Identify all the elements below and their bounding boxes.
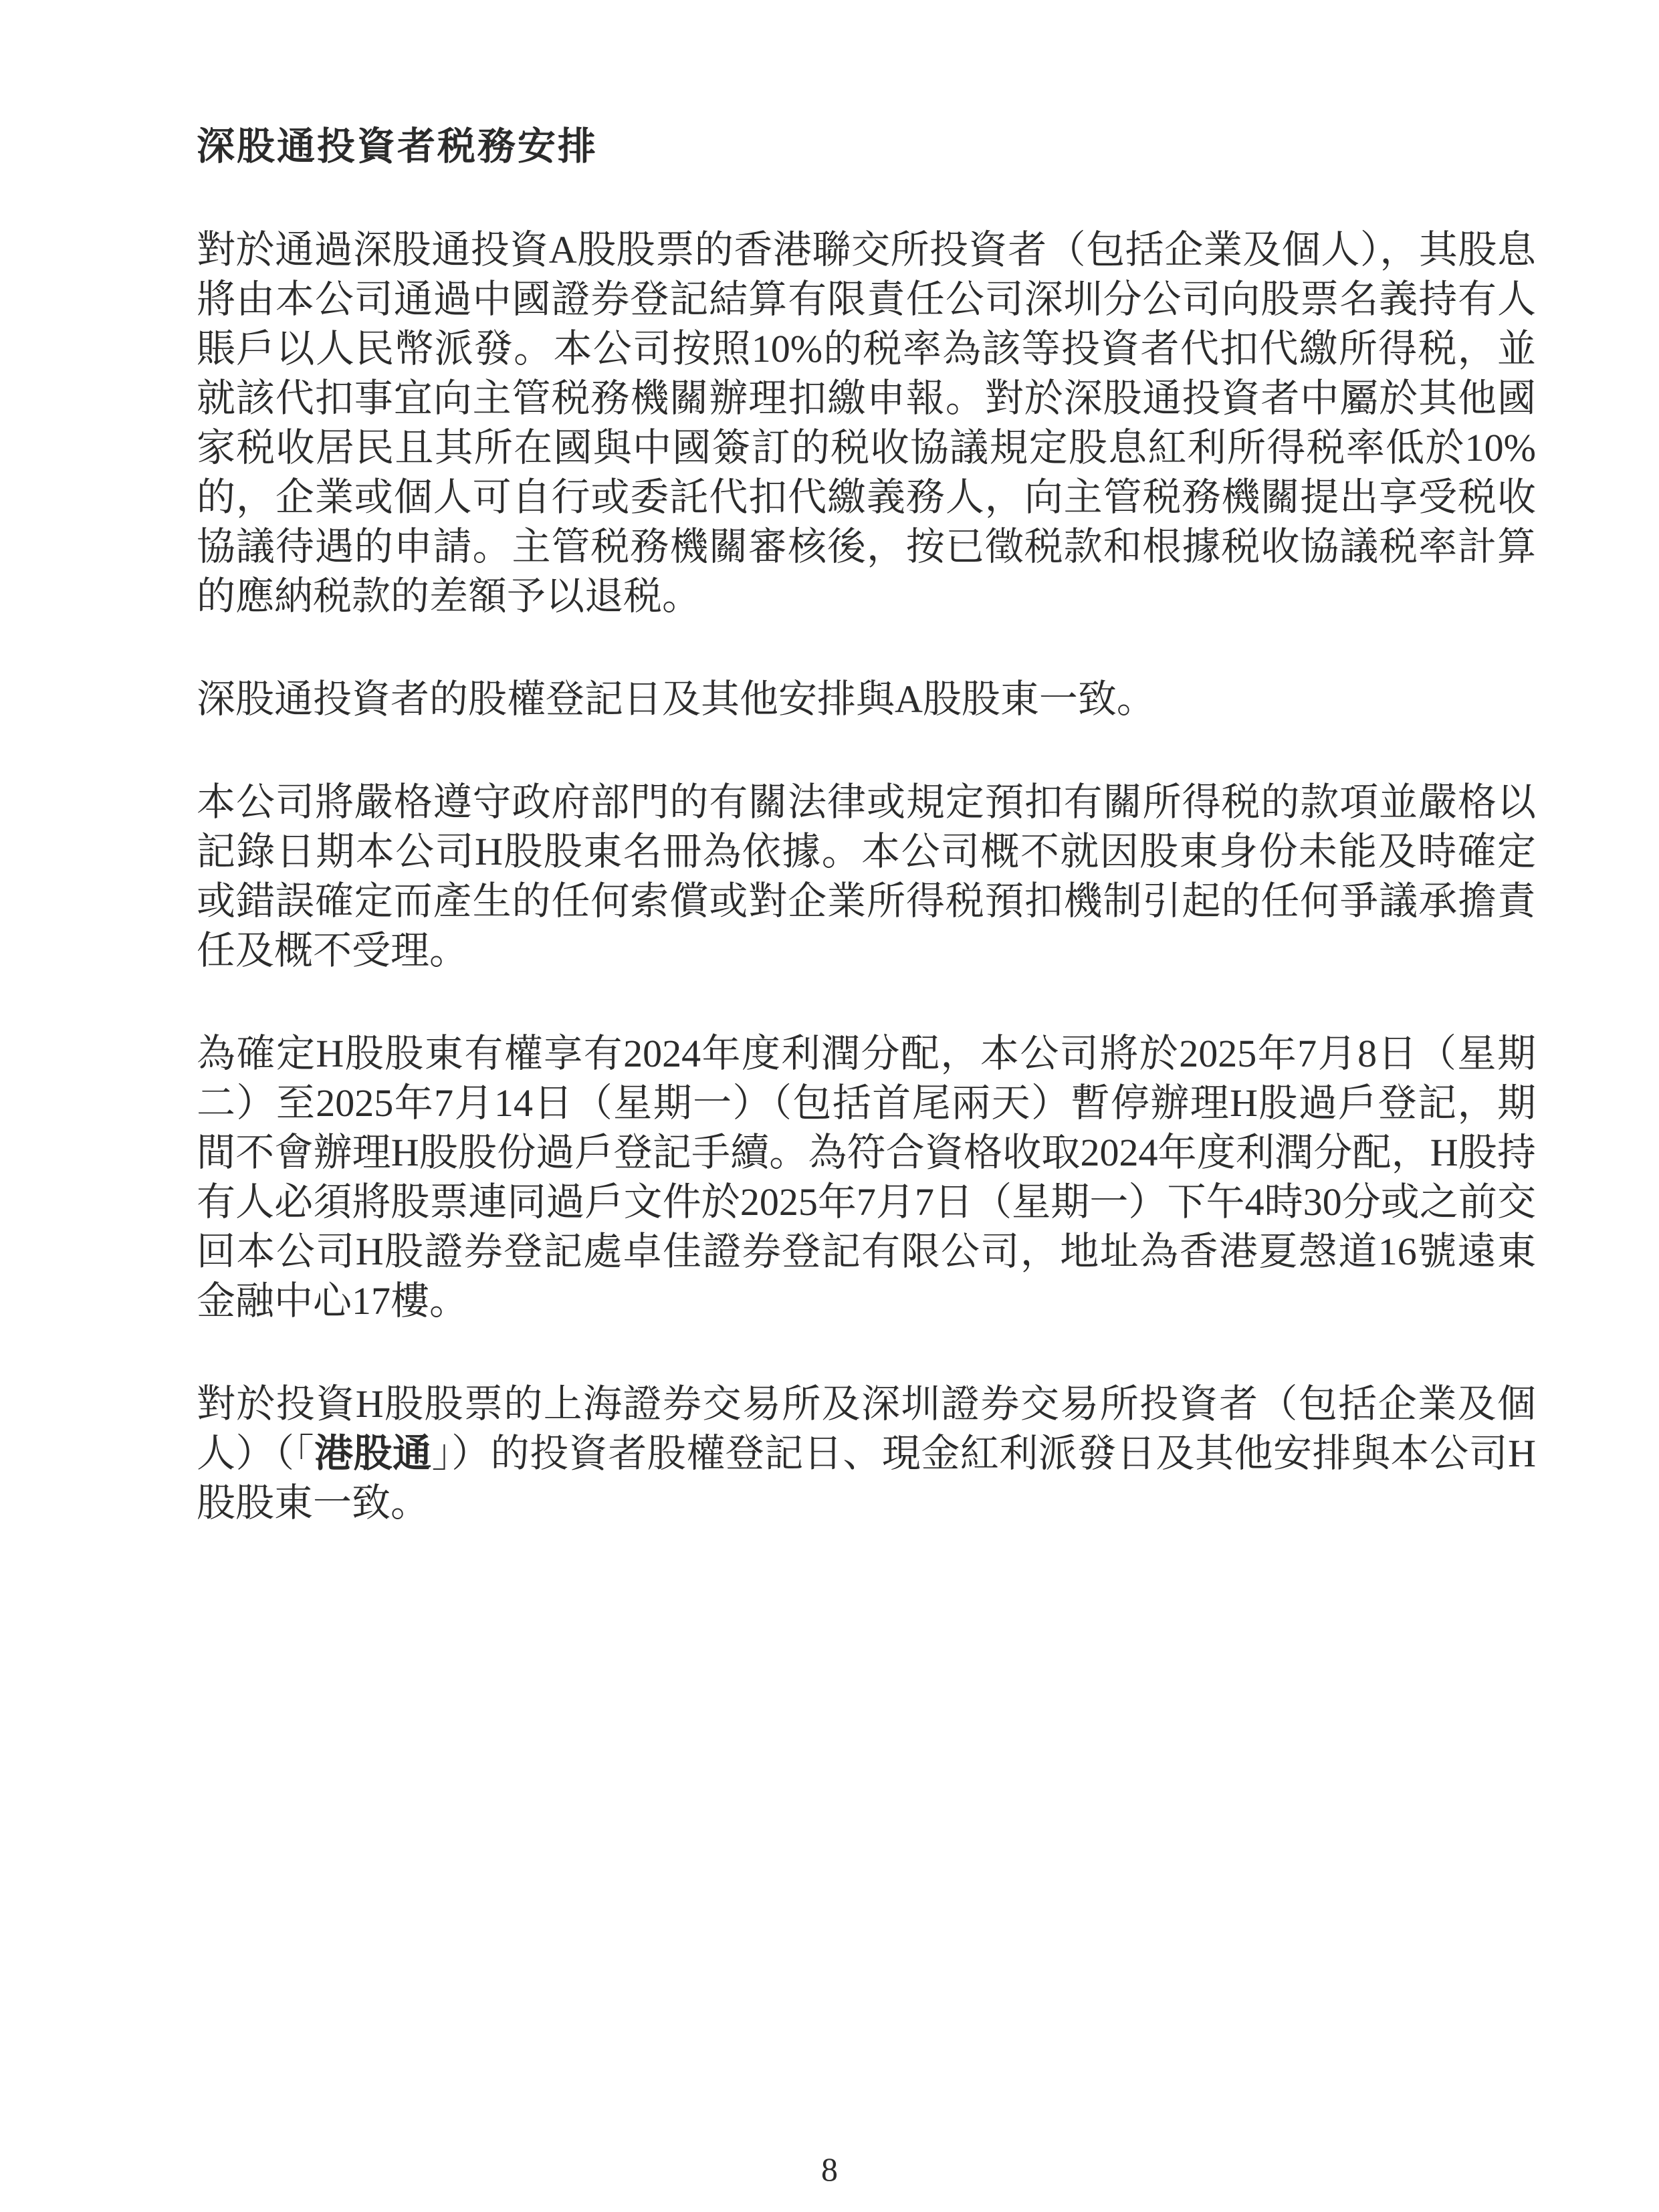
paragraph-text: 為確定H股股東有權享有2024年度利潤分配，本公司將於2025年7月8日（星期二… bbox=[197, 1032, 1536, 1323]
paragraph-text: 深股通投資者的股權登記日及其他安排與A股股東一致。 bbox=[197, 677, 1155, 721]
paragraph-h-share-registration: 為確定H股股東有權享有2024年度利潤分配，本公司將於2025年7月8日（星期二… bbox=[197, 1029, 1536, 1326]
page-footer: 8 bbox=[0, 2149, 1659, 2189]
paragraph-text: 本公司將嚴格遵守政府部門的有關法律或規定預扣有關所得税的款項並嚴格以記錄日期本公… bbox=[197, 780, 1536, 972]
page-content: 深股通投資者税務安排 對於通過深股通投資A股股票的香港聯交所投資者（包括企業及個… bbox=[197, 122, 1536, 1528]
paragraph-shenzhen-connect-tax: 對於通過深股通投資A股股票的香港聯交所投資者（包括企業及個人），其股息將由本公司… bbox=[197, 225, 1536, 621]
paragraph-record-date: 深股通投資者的股權登記日及其他安排與A股股東一致。 bbox=[197, 675, 1536, 724]
paragraph-withholding-disclaimer: 本公司將嚴格遵守政府部門的有關法律或規定預扣有關所得税的款項並嚴格以記錄日期本公… bbox=[197, 778, 1536, 976]
paragraph-text: 對於通過深股通投資A股股票的香港聯交所投資者（包括企業及個人），其股息將由本公司… bbox=[197, 228, 1536, 618]
section-heading: 深股通投資者税務安排 bbox=[197, 122, 1536, 171]
document-page: { "document": { "heading": "深股通投資者税務安排",… bbox=[0, 0, 1659, 2212]
page-number: 8 bbox=[821, 2150, 838, 2188]
bold-term-ganggutong: 港股通 bbox=[314, 1432, 432, 1475]
paragraph-southbound-connect: 對於投資H股股票的上海證券交易所及深圳證券交易所投資者（包括企業及個人）（「港股… bbox=[197, 1379, 1536, 1528]
